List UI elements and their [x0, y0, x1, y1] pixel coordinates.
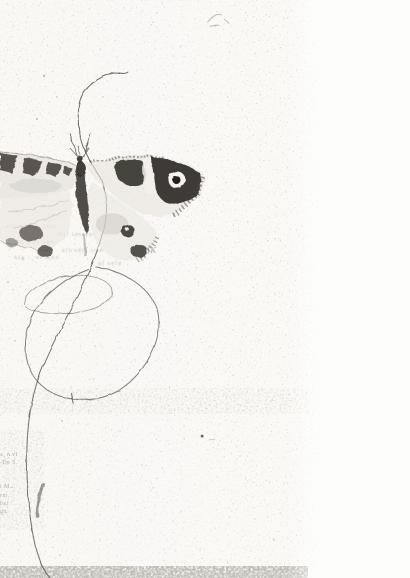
left-hindwing-spot — [6, 239, 18, 247]
artwork-canvas: e:a vperg .tirs till ias aut kusd ,rce e… — [0, 0, 410, 578]
butterfly-thorax — [76, 161, 86, 177]
left-hindwing-spot — [19, 225, 43, 241]
eyespot-pupil — [173, 176, 181, 184]
right-hindwing-spot-highlight — [125, 227, 129, 231]
left-forewing-shading — [10, 179, 62, 193]
faint-horizontal-band — [0, 388, 310, 414]
handwritten-annotation: TK — [146, 246, 157, 256]
dark-square-speck — [201, 435, 204, 438]
paper-grain-texture — [0, 0, 410, 578]
butterfly-illustration — [0, 0, 410, 578]
right-hindwing-spot — [122, 225, 135, 238]
left-hindwing-spot — [37, 245, 53, 257]
